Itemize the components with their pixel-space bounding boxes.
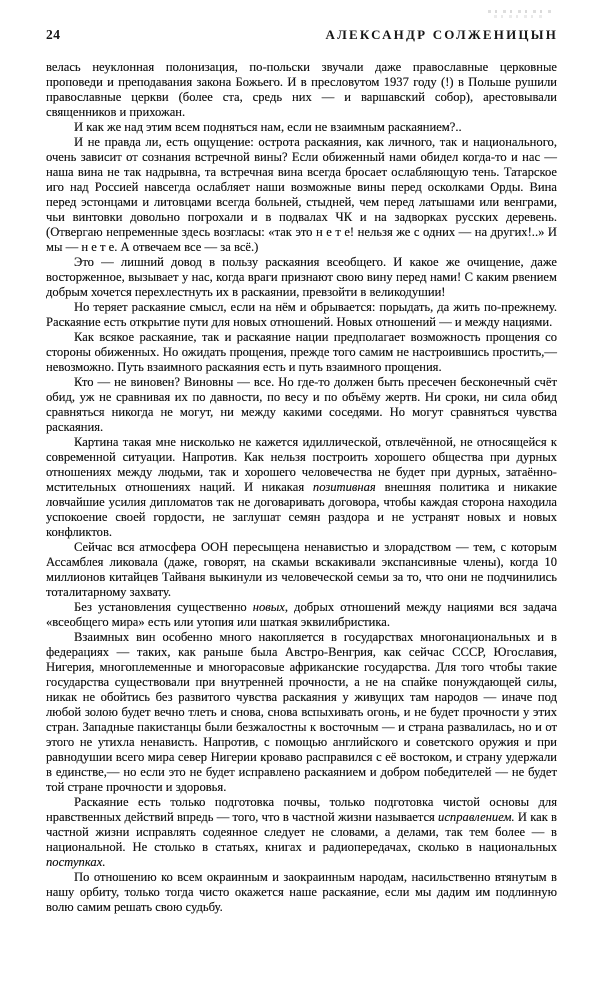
body-text: Кто — не виновен? Виновны — все. Но где-… bbox=[46, 375, 557, 434]
paragraph: Это — лишний довод в пользу раскаяния вс… bbox=[46, 255, 557, 300]
smudge-mark bbox=[488, 8, 552, 22]
body-text: Это — лишний довод в пользу раскаяния вс… bbox=[46, 255, 557, 299]
italic-text: позитивная bbox=[313, 480, 376, 494]
running-head: АЛЕКСАНДР СОЛЖЕНИЦЫН bbox=[326, 27, 559, 43]
body-text: И не правда ли, есть ощущение: острота р… bbox=[46, 135, 557, 254]
paragraph: Картина такая мне нисколько не кажется и… bbox=[46, 435, 557, 540]
paragraph: Взаимных вин особенно много накопляется … bbox=[46, 630, 557, 795]
paragraph: Сейчас вся атмосфера ООН пересыщена нена… bbox=[46, 540, 557, 600]
body-text: И как же над этим всем подняться нам, ес… bbox=[74, 120, 462, 134]
paragraph: велась неуклонная полонизация, по-польск… bbox=[46, 60, 557, 120]
italic-text: новых bbox=[253, 600, 285, 614]
page-header: 24 АЛЕКСАНДР СОЛЖЕНИЦЫН bbox=[46, 27, 558, 43]
body-text: Сейчас вся атмосфера ООН пересыщена нена… bbox=[46, 540, 557, 599]
paragraph: Раскаяние есть только подготовка почвы, … bbox=[46, 795, 557, 870]
body-text: велась неуклонная полонизация, по-польск… bbox=[46, 60, 557, 119]
page-number: 24 bbox=[46, 27, 61, 43]
text-block: велась неуклонная полонизация, по-польск… bbox=[46, 60, 557, 915]
body-text: Без установления существенно bbox=[74, 600, 253, 614]
italic-text: исправлением. bbox=[438, 810, 515, 824]
body-text: По отношению ко всем окраинным и заокраи… bbox=[46, 870, 557, 914]
italic-text: поступках. bbox=[46, 855, 105, 869]
body-text: Но теряет раскаяние смысл, если на нём и… bbox=[46, 300, 557, 329]
paragraph: И не правда ли, есть ощущение: острота р… bbox=[46, 135, 557, 255]
paragraph: И как же над этим всем подняться нам, ес… bbox=[46, 120, 557, 135]
paragraph: Без установления существенно новых, добр… bbox=[46, 600, 557, 630]
paragraph: Но теряет раскаяние смысл, если на нём и… bbox=[46, 300, 557, 330]
body-text: Взаимных вин особенно много накопляется … bbox=[46, 630, 557, 794]
paragraph: Как всякое раскаяние, так и раскаяние на… bbox=[46, 330, 557, 375]
paragraph: Кто — не виновен? Виновны — все. Но где-… bbox=[46, 375, 557, 435]
paragraph: По отношению ко всем окраинным и заокраи… bbox=[46, 870, 557, 915]
book-page: 24 АЛЕКСАНДР СОЛЖЕНИЦЫН велась неуклонна… bbox=[0, 0, 600, 999]
body-text: Как всякое раскаяние, так и раскаяние на… bbox=[46, 330, 557, 374]
